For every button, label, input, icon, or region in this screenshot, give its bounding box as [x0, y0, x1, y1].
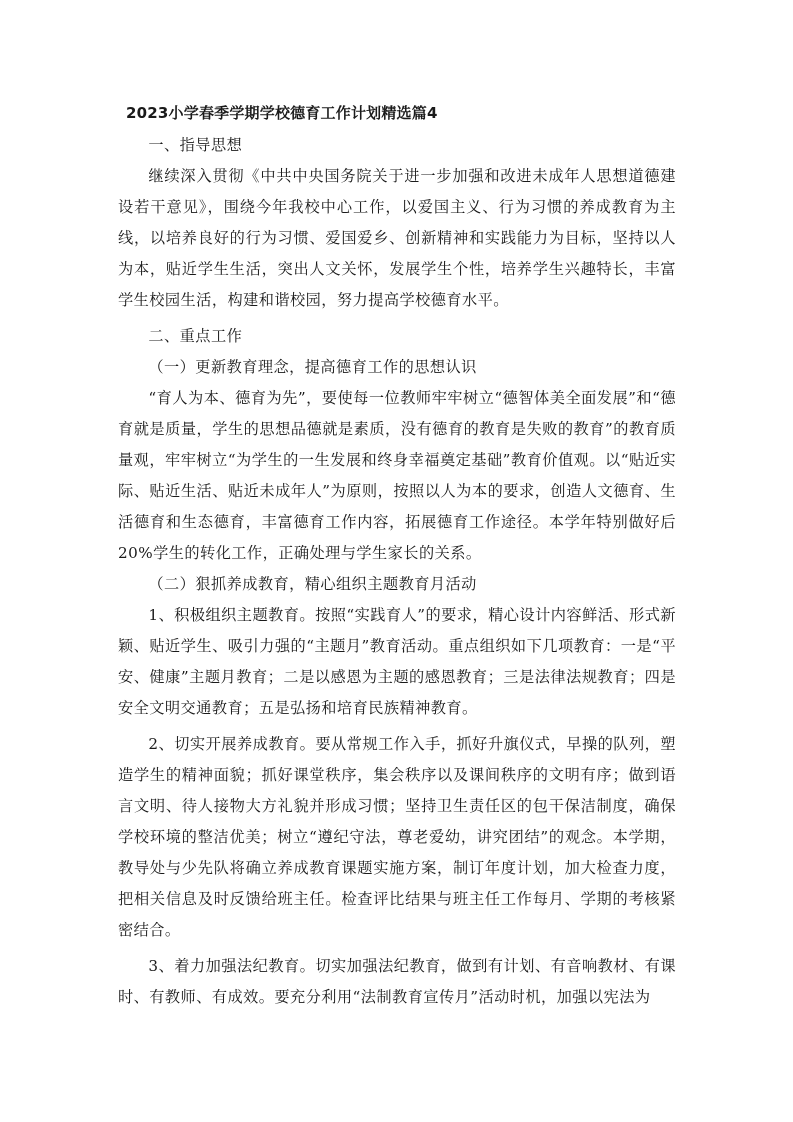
subsection-heading-2: （二）狠抓养成教育，精心组织主题教育月活动 — [118, 569, 676, 600]
paragraph-guiding-ideology: 继续深入贯彻《中共中央国务院关于进一步加强和改进未成年人思想道德建设若干意见》，… — [118, 161, 676, 316]
section-heading-key-work: 二、重点工作 — [118, 321, 676, 352]
paragraph-item-2: 2、切实开展养成教育。要从常规工作入手，抓好升旗仪式，早操的队列，塑造学生的精神… — [118, 729, 676, 946]
paragraph-item-3: 3、着力加强法纪教育。切实加强法纪教育，做到有计划、有音响教材、有课时、有教师、… — [118, 951, 676, 1013]
document-page: 2023小学春季学期学校德育工作计划精选篇4 一、指导思想 继续深入贯彻《中共中… — [118, 100, 676, 1013]
document-title: 2023小学春季学期学校德育工作计划精选篇4 — [126, 100, 676, 126]
subsection-heading-1: （一）更新教育理念，提高德育工作的思想认识 — [118, 352, 676, 383]
paragraph-item-1: 1、积极组织主题教育。按照“实践育人”的要求，精心设计内容鲜活、形式新颖、贴近学… — [118, 600, 676, 724]
section-heading-guiding-ideology: 一、指导思想 — [118, 130, 676, 161]
paragraph-education-concept: “育人为本、德育为先”，要使每一位教师牢牢树立“德智体美全面发展”和“德育就是质… — [118, 383, 676, 569]
